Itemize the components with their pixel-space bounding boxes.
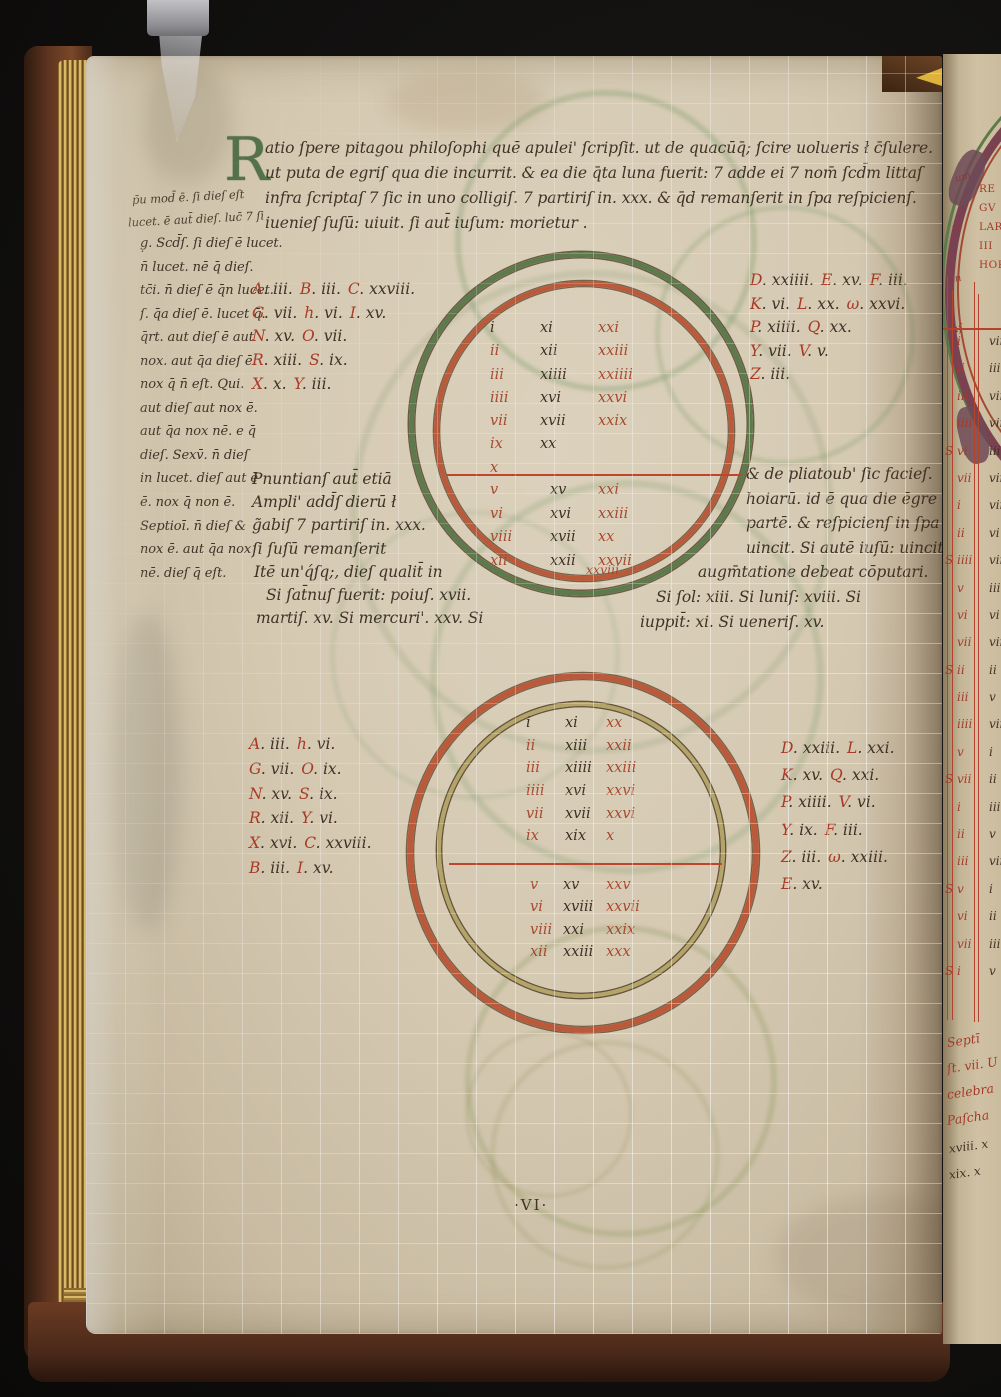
numeral-col3: xxiii (598, 506, 628, 522)
letter-value-row: G. vii.O. ix. (249, 757, 379, 782)
letter-value-row: B. iii.I. xv. (249, 856, 379, 881)
letter-value-pair: O. ix. (301, 760, 341, 778)
facing-row-numeral: vi (957, 608, 968, 622)
text-line: Pnuntianſ aut̄ etiā (252, 468, 483, 491)
numeral-col2: xxiii (563, 944, 593, 960)
facing-row-letter: S (945, 882, 953, 896)
arc-label: GV (979, 199, 1001, 218)
numeral-col3: xxvii (606, 899, 640, 915)
illuminated-initial: R (224, 130, 269, 190)
numeral-col1: iiii (526, 783, 545, 799)
gloss-line: n̄ lucet. nē q̄ dieſ. (140, 256, 283, 280)
numeral-col2: xi (565, 715, 578, 731)
letter-value-pair: R. xiii. (252, 351, 302, 369)
numeral-col2: xv (563, 877, 579, 893)
facing-row-numeral2: i (989, 745, 993, 759)
letter-value-pair: I. xv. (297, 859, 334, 877)
facing-row-numeral: iiii (957, 416, 972, 430)
numeral-col3: x (606, 828, 614, 844)
numeral-col3: xx (598, 529, 614, 545)
numeral-col3: xxi (598, 482, 619, 498)
manuscript-page: R atio ſpere pitagou philoſophi quē apul… (86, 56, 942, 1334)
letter-value-row: N. xv.O. vii. (252, 325, 422, 349)
numeral-col3: xxx (606, 944, 631, 960)
sphere1-extra-numeral: xxviii (586, 562, 619, 577)
letter-value-pair: P. xiiii. (750, 318, 801, 336)
letter-value-pair: h. vi. (304, 304, 342, 322)
numeral-col3: xxii (606, 738, 632, 754)
letter-value-pair: D. xxiii. (781, 739, 840, 757)
facing-row-numeral2: vii (989, 498, 1001, 512)
incipit-line: atio ſpere pitagou philoſophi quē apulei… (265, 136, 933, 161)
facing-row-numeral: i (957, 964, 961, 978)
facing-row-numeral2: vii (989, 553, 1001, 567)
letter-value-pair: X. xvi. (249, 834, 297, 852)
facing-row-numeral: vii (957, 937, 971, 951)
sphere1-divider-line (447, 474, 742, 476)
facing-row-numeral2: iii (989, 800, 1001, 814)
numeral-col2: xxi (563, 922, 584, 938)
facing-row-numeral: ii (957, 361, 965, 375)
facing-row-numeral2: ii (989, 909, 997, 923)
letter-value-pair: L. xx. (797, 295, 840, 313)
facing-row-numeral2: vi (989, 608, 1000, 622)
facing-row-numeral2: vii (989, 635, 1001, 649)
letter-value-pair: D. xxiiii. (750, 271, 814, 289)
table-rule (947, 276, 948, 1020)
numeral-col2: xvi (550, 506, 571, 522)
numeral-col1: i (490, 320, 495, 336)
numeral-col1: ii (526, 738, 535, 754)
numeral-col1: xii (530, 944, 547, 960)
sphere2-divider-line (449, 863, 722, 865)
page-edge-highlight (86, 56, 158, 1334)
incipit-line: iuenieſ ſuſū: uiuit. ſi aut̄ iuſum: mori… (265, 211, 933, 236)
facing-row-letter: S (945, 772, 953, 786)
text-line: Ampli' add̄ſ dierū ł (252, 491, 483, 514)
facing-row-numeral2: vii (989, 389, 1001, 403)
numeral-col3: xx (606, 715, 622, 731)
letter-value-row: R. xiii.S. ix. (252, 349, 422, 373)
numeral-col2: xx (540, 436, 556, 452)
facing-row-numeral: vii (957, 471, 971, 485)
numeral-col1: vi (530, 899, 543, 915)
letter-value-pair: N. xv. (252, 327, 295, 345)
ghost-circle (465, 1030, 633, 1198)
incipit-line: ut puta de egriſ qua die incurrit. & ea … (265, 161, 933, 186)
facing-row-numeral: ii (957, 526, 965, 540)
facing-page-sliver: um uſ on uſ REGVLARIIIHOR i vii ii iiii … (943, 54, 1001, 1344)
numeral-col3: xxiii (606, 760, 636, 776)
letter-value-pair: R. xii. (249, 809, 294, 827)
letter-value-pair: P. xiiii. (781, 793, 832, 811)
facing-row-numeral: ii (957, 827, 965, 841)
facing-row-letter: S (945, 444, 953, 458)
letter-value-pair: I. xv. (350, 304, 387, 322)
facing-row-numeral2: iii (989, 581, 1001, 595)
letter-value-pair: E. xv. (781, 875, 823, 893)
letter-value-pair: C. xxviii. (348, 280, 415, 298)
numeral-col2: xiiii (565, 760, 592, 776)
gloss-line: g̣. Scd̄ſ. ſi dieſ ē lucet. (140, 232, 283, 256)
numeral-col1: ii (490, 343, 499, 359)
numeral-col2: xiiii (540, 367, 567, 383)
facing-row-numeral: i (957, 800, 961, 814)
red-text-line: Paſcha (945, 1101, 999, 1134)
numeral-col3: xxv (606, 877, 631, 893)
letter-value-pair: Y. vi. (301, 809, 338, 827)
dark-text-line: xix. x (947, 1157, 990, 1188)
facing-row-numeral: v (957, 581, 964, 595)
letter-value-pair: X. x. (252, 375, 287, 393)
numeral-col1: iii (526, 760, 540, 776)
numeral-col1: xii (490, 553, 507, 569)
facing-row-letter: S (945, 553, 953, 567)
arc-label: HOR (979, 256, 1001, 275)
table-rule (978, 294, 979, 1022)
numeral-col3: xxvi (606, 806, 635, 822)
manuscript-photo: R atio ſpere pitagou philoſophi quē apul… (0, 0, 1001, 1397)
numeral-col3: xxvi (598, 390, 627, 406)
letter-value-pair: C. xxviii. (304, 834, 371, 852)
letter-value-pair: S. ix. (309, 351, 348, 369)
facing-red-text: Septīſt. vii. UcelebraPaſcha (947, 1030, 998, 1134)
letter-value-pair: V. v. (799, 342, 829, 360)
facing-row-numeral2: v (989, 827, 996, 841)
numeral-col2: xix (565, 828, 586, 844)
facing-row-numeral2: v (989, 690, 996, 704)
numeral-col2: xi (540, 320, 553, 336)
numeral-col3: xxvi (606, 783, 635, 799)
facing-row-numeral2: vii (989, 334, 1001, 348)
letter-value-pair: A. iii. (252, 280, 293, 298)
arc-label: LAR (979, 218, 1001, 237)
numeral-col3: xxix (606, 922, 635, 938)
facing-row-numeral: iiii (957, 553, 972, 567)
letter-value-pair: N. xv. (249, 785, 292, 803)
facing-row-letter: S (945, 663, 953, 677)
numeral-col1: iiii (490, 390, 509, 406)
numeral-col1: v (530, 877, 538, 893)
letter-value-pair: Z. iii. (750, 365, 790, 383)
numeral-col2: xvii (565, 806, 591, 822)
facing-row-numeral2: ii (989, 663, 997, 677)
numeral-col1: iii (490, 367, 504, 383)
facing-row-numeral2: v (989, 964, 996, 978)
facing-row-numeral: ii (957, 663, 965, 677)
text-line: Si ſat̄nuſ fuerit: poiuſ. xvii. (266, 584, 483, 607)
numeral-col1: viii (530, 922, 552, 938)
facing-row-numeral2: ii (989, 772, 997, 786)
facing-row-numeral: iiii (957, 717, 972, 731)
numeral-col2: xvi (565, 783, 586, 799)
facing-row-numeral: vi (957, 444, 968, 458)
facing-row-numeral2: iii (989, 937, 1001, 951)
announce-text-block: Pnuntianſ aut̄ etiāAmpli' add̄ſ dierū łg… (252, 468, 483, 630)
letter-value-pair: h. vi. (297, 735, 335, 753)
letter-value-pair: G. vii. (249, 760, 294, 778)
letter-value-pair: B. iii. (249, 859, 290, 877)
numeral-col1: v (490, 482, 498, 498)
gloss-line: aut q̄a nox nē. e q̄ (140, 420, 283, 444)
numeral-col2: xviii (563, 899, 593, 915)
text-line: martiſ. xv. Si mercuri'. xxv. Si (256, 607, 483, 630)
letter-value-row: N. xv.S. ix. (249, 782, 379, 807)
facing-row-numeral2: vii (989, 471, 1001, 485)
text-line: g̃abiſ 7 partiriſ in. xxx. (252, 514, 483, 537)
letter-value-pair: Q. xx. (808, 318, 852, 336)
numeral-col3: xxi (598, 320, 619, 336)
sphere1-letter-values-left: A. iii.B. iii.C. xxviii.G. vii.h. vi.I. … (252, 278, 422, 397)
numeral-col1: viii (490, 529, 512, 545)
letter-value-pair: G. vii. (252, 304, 297, 322)
facing-row-numeral: iii (957, 690, 969, 704)
facing-row-numeral2: iiii (989, 444, 1001, 458)
facing-row-numeral: iii (957, 389, 969, 403)
letter-value-pair: Y. iii. (294, 375, 332, 393)
numeral-col1: vii (526, 806, 543, 822)
numeral-col3: xxix (598, 413, 627, 429)
folio-number: ·VI· (514, 1196, 548, 1214)
letter-value-pair: Y. vii. (750, 342, 792, 360)
letter-value-pair: Z. iii. (781, 848, 821, 866)
facing-row-numeral: i (957, 334, 961, 348)
numeral-col2: xvi (540, 390, 561, 406)
facing-row-numeral2: vii (989, 416, 1001, 430)
text-line: Itē un'q́ſq;, dieſ qualit̄ in (254, 561, 483, 584)
numeral-col1: vii (490, 413, 507, 429)
gloss-line: dieſ. Sexv̄. n̄ dieſ (140, 444, 283, 468)
numeral-col2: xvii (550, 529, 576, 545)
letter-value-row: A. iii.B. iii.C. xxviii. (252, 278, 422, 302)
bookmark-clip (147, 0, 209, 36)
numeral-col3: xxiii (598, 343, 628, 359)
incipit-paragraph: atio ſpere pitagou philoſophi quē apulei… (265, 136, 933, 236)
numeral-col1: ix (490, 436, 503, 452)
letter-value-pair: B. iii. (300, 280, 341, 298)
gloss-line: aut dieſ aut nox ē. (140, 397, 283, 421)
facing-row-numeral2: vii (989, 717, 1001, 731)
numeral-col1: ix (526, 828, 539, 844)
arc-label: III (979, 237, 1001, 256)
parchment-stain (386, 72, 546, 132)
numeral-col3: xxiiii (598, 367, 633, 383)
sphere2-letter-values-left: A. iii.h. vi.G. vii.O. ix.N. xv.S. ix.R.… (249, 732, 379, 881)
facing-row-numeral2: iiii (989, 361, 1001, 375)
table-rule (974, 282, 975, 1022)
letter-value-pair: A. iii. (249, 735, 290, 753)
numeral-col2: xvii (540, 413, 566, 429)
text-line: ſi ſuſū remanſerit (252, 538, 483, 561)
letter-value-pair: O. vii. (302, 327, 347, 345)
letter-value-pair: S. ix. (299, 785, 338, 803)
facing-row-numeral: iii (957, 854, 969, 868)
letter-value-pair: K. xv. (781, 766, 823, 784)
letter-value-row: X. xvi.C. xxviii. (249, 831, 379, 856)
facing-row-numeral: v (957, 745, 964, 759)
facing-row-numeral: v (957, 882, 964, 896)
facing-row-numeral2: vii (989, 854, 1001, 868)
numeral-col1: vi (490, 506, 503, 522)
incipit-line: infra ſcriptaſ 7 ſic in uno colligiſ. 7 … (265, 186, 933, 211)
numeral-col2: xv (550, 482, 566, 498)
facing-row-numeral: vii (957, 635, 971, 649)
facing-row-numeral: vi (957, 909, 968, 923)
arc-label-stack: REGVLARIIIHOR (979, 180, 1001, 275)
gutter-shadow (858, 56, 942, 1334)
letter-value-pair: E. xv. (821, 271, 863, 289)
letter-value-row: A. iii.h. vi. (249, 732, 379, 757)
facing-row-numeral: i (957, 498, 961, 512)
letter-value-row: R. xii.Y. vi. (249, 806, 379, 831)
letter-value-row: X. x.Y. iii. (252, 373, 422, 397)
letter-value-row: G. vii.h. vi.I. xv. (252, 302, 422, 326)
facing-row-numeral2: vi (989, 526, 1000, 540)
arc-label: RE (979, 180, 1001, 199)
table-rule (952, 290, 953, 1020)
numeral-col2: xiii (565, 738, 587, 754)
facing-dark-text: xviii. xxix. x (949, 1136, 988, 1188)
letter-value-pair: Y. ix. (781, 821, 818, 839)
facing-row-numeral2: i (989, 882, 993, 896)
facing-row-numeral: vii (957, 772, 971, 786)
numeral-col2: xxii (550, 553, 576, 569)
letter-value-pair: K. vi. (750, 295, 790, 313)
numeral-col2: xii (540, 343, 557, 359)
numeral-col1: i (526, 715, 531, 731)
facing-row-letter: S (945, 964, 953, 978)
